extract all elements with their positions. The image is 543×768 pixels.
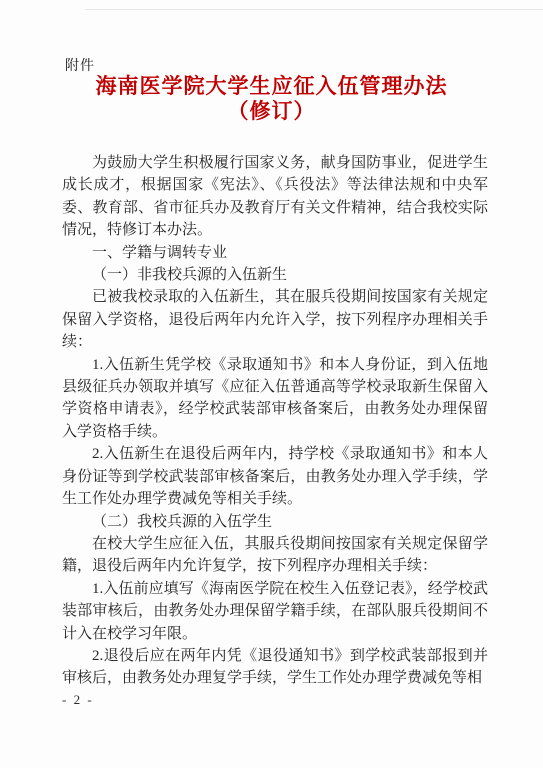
document-subtitle: （修订） xyxy=(0,99,543,124)
document-body: 为鼓励大学生积极履行国家义务，献身国防事业，促进学生成长成才，根据国家《宪法》、… xyxy=(62,152,488,690)
paragraph: 已被我校录取的入伍新生，其在服兵役期间按国家有关规定保留入学资格，退役后两年内允… xyxy=(62,286,488,353)
paragraph-subsection-2-heading: （二）我校兵源的入伍学生 xyxy=(62,511,488,533)
document-title-block: 海南医学院大学生应征入伍管理办法 （修订） xyxy=(0,74,543,124)
paragraph-item-2: 2.退役后应在两年内凭《退役通知书》到学校武装部报到并审核后，由教务处办理复学手… xyxy=(62,645,488,690)
paragraph-item-2: 2.入伍新生在退役后两年内，持学校《录取通知书》和本人身份证等到学校武装部审核备… xyxy=(62,443,488,510)
page-number: - 2 - xyxy=(62,692,94,708)
scan-artifact-line xyxy=(85,9,543,10)
paragraph-section-1-heading: 一、学籍与调转专业 xyxy=(62,242,488,264)
paragraph-intro: 为鼓励大学生积极履行国家义务，献身国防事业，促进学生成长成才，根据国家《宪法》、… xyxy=(62,152,488,242)
paragraph-subsection-1-heading: （一）非我校兵源的入伍新生 xyxy=(62,264,488,286)
paragraph: 在校大学生应征入伍，其服兵役期间按国家有关规定保留学籍，退役后两年内允许复学，按… xyxy=(62,533,488,578)
document-title: 海南医学院大学生应征入伍管理办法 xyxy=(0,74,543,99)
paragraph-item-1: 1.入伍新生凭学校《录取通知书》和本人身份证，到入伍地县级征兵办领取并填写《应征… xyxy=(62,354,488,444)
document-page: 附件 海南医学院大学生应征入伍管理办法 （修订） 为鼓励大学生积极履行国家义务，… xyxy=(0,0,543,768)
paragraph-item-1: 1.入伍前应填写《海南医学院在校生入伍登记表》，经学校武装部审核后，由教务处办理… xyxy=(62,578,488,645)
attachment-label: 附件 xyxy=(65,55,95,75)
